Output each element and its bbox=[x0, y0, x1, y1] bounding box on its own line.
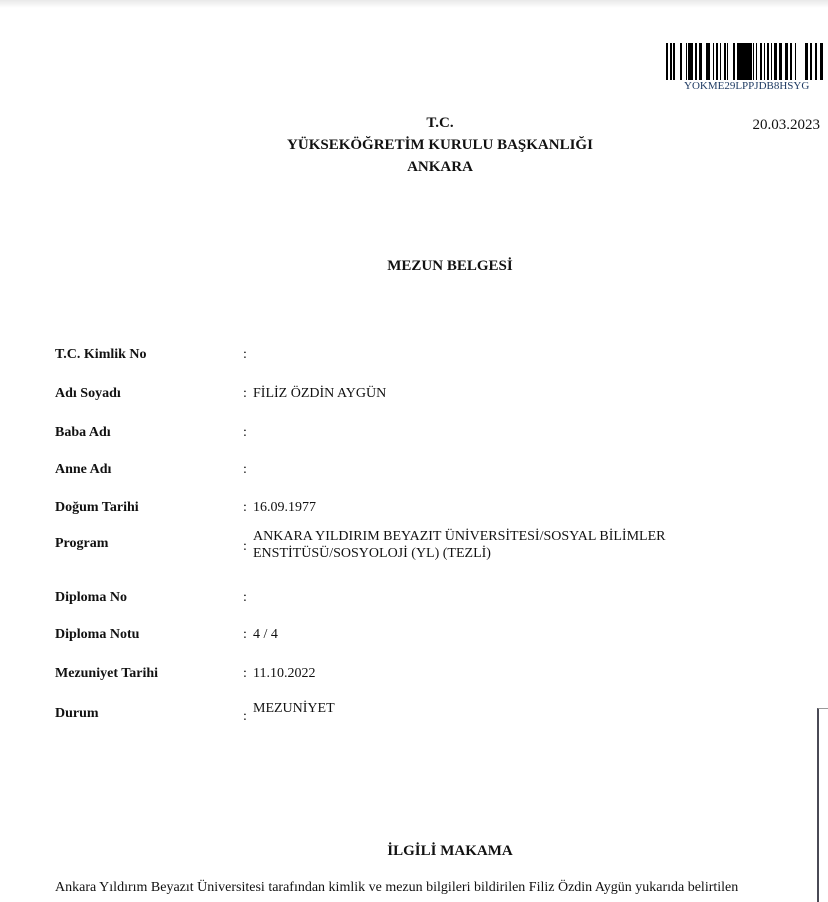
field-value: 16.09.1977 bbox=[253, 499, 316, 516]
barcode: YOKME29LPPJDB8HSYG bbox=[662, 43, 826, 80]
field-colon: : bbox=[243, 626, 247, 643]
field-label: Program bbox=[55, 535, 108, 552]
header-line-institution: YÜKSEKÖĞRETİM KURULU BAŞKANLIĞI bbox=[0, 134, 828, 156]
field-label: Mezuniyet Tarihi bbox=[55, 665, 158, 682]
barcode-icon bbox=[664, 43, 824, 80]
field-value: FİLİZ ÖZDİN AYGÜN bbox=[253, 385, 386, 402]
field-colon: : bbox=[243, 499, 247, 516]
field-colon: : bbox=[243, 665, 247, 682]
field-label: T.C. Kimlik No bbox=[55, 346, 147, 363]
field-value: ANKARA YILDIRIM BEYAZIT ÜNİVERSİTESİ/SOS… bbox=[253, 528, 773, 562]
field-label: Anne Adı bbox=[55, 461, 111, 478]
field-value: MEZUNİYET bbox=[253, 700, 335, 717]
field-colon: : bbox=[243, 424, 247, 441]
issuer-header: T.C. YÜKSEKÖĞRETİM KURULU BAŞKANLIĞI ANK… bbox=[0, 112, 828, 178]
field-label: Doğum Tarihi bbox=[55, 499, 139, 516]
field-colon: : bbox=[243, 346, 247, 363]
field-label: Baba Adı bbox=[55, 424, 111, 441]
field-colon: : bbox=[243, 589, 247, 606]
field-label: Diploma Notu bbox=[55, 626, 139, 643]
header-line-tc: T.C. bbox=[0, 112, 828, 134]
barcode-code: YOKME29LPPJDB8HSYG bbox=[684, 80, 809, 92]
field-colon: : bbox=[243, 461, 247, 478]
header-line-city: ANKARA bbox=[0, 156, 828, 178]
field-label: Diploma No bbox=[55, 589, 127, 606]
viewer-top-edge bbox=[0, 0, 828, 8]
field-colon: : bbox=[243, 385, 247, 402]
field-colon: : bbox=[243, 708, 247, 725]
field-label: Durum bbox=[55, 705, 99, 722]
section-title: İLGİLİ MAKAMA bbox=[0, 843, 828, 860]
document-title: MEZUN BELGESİ bbox=[0, 258, 828, 275]
section-body-text: Ankara Yıldırım Beyazıt Üniversitesi tar… bbox=[55, 879, 815, 897]
field-value: 4 / 4 bbox=[253, 626, 278, 643]
field-colon: : bbox=[243, 538, 247, 555]
field-value: 11.10.2022 bbox=[253, 665, 315, 682]
field-label: Adı Soyadı bbox=[55, 385, 121, 402]
signature-box-edge bbox=[817, 708, 828, 902]
